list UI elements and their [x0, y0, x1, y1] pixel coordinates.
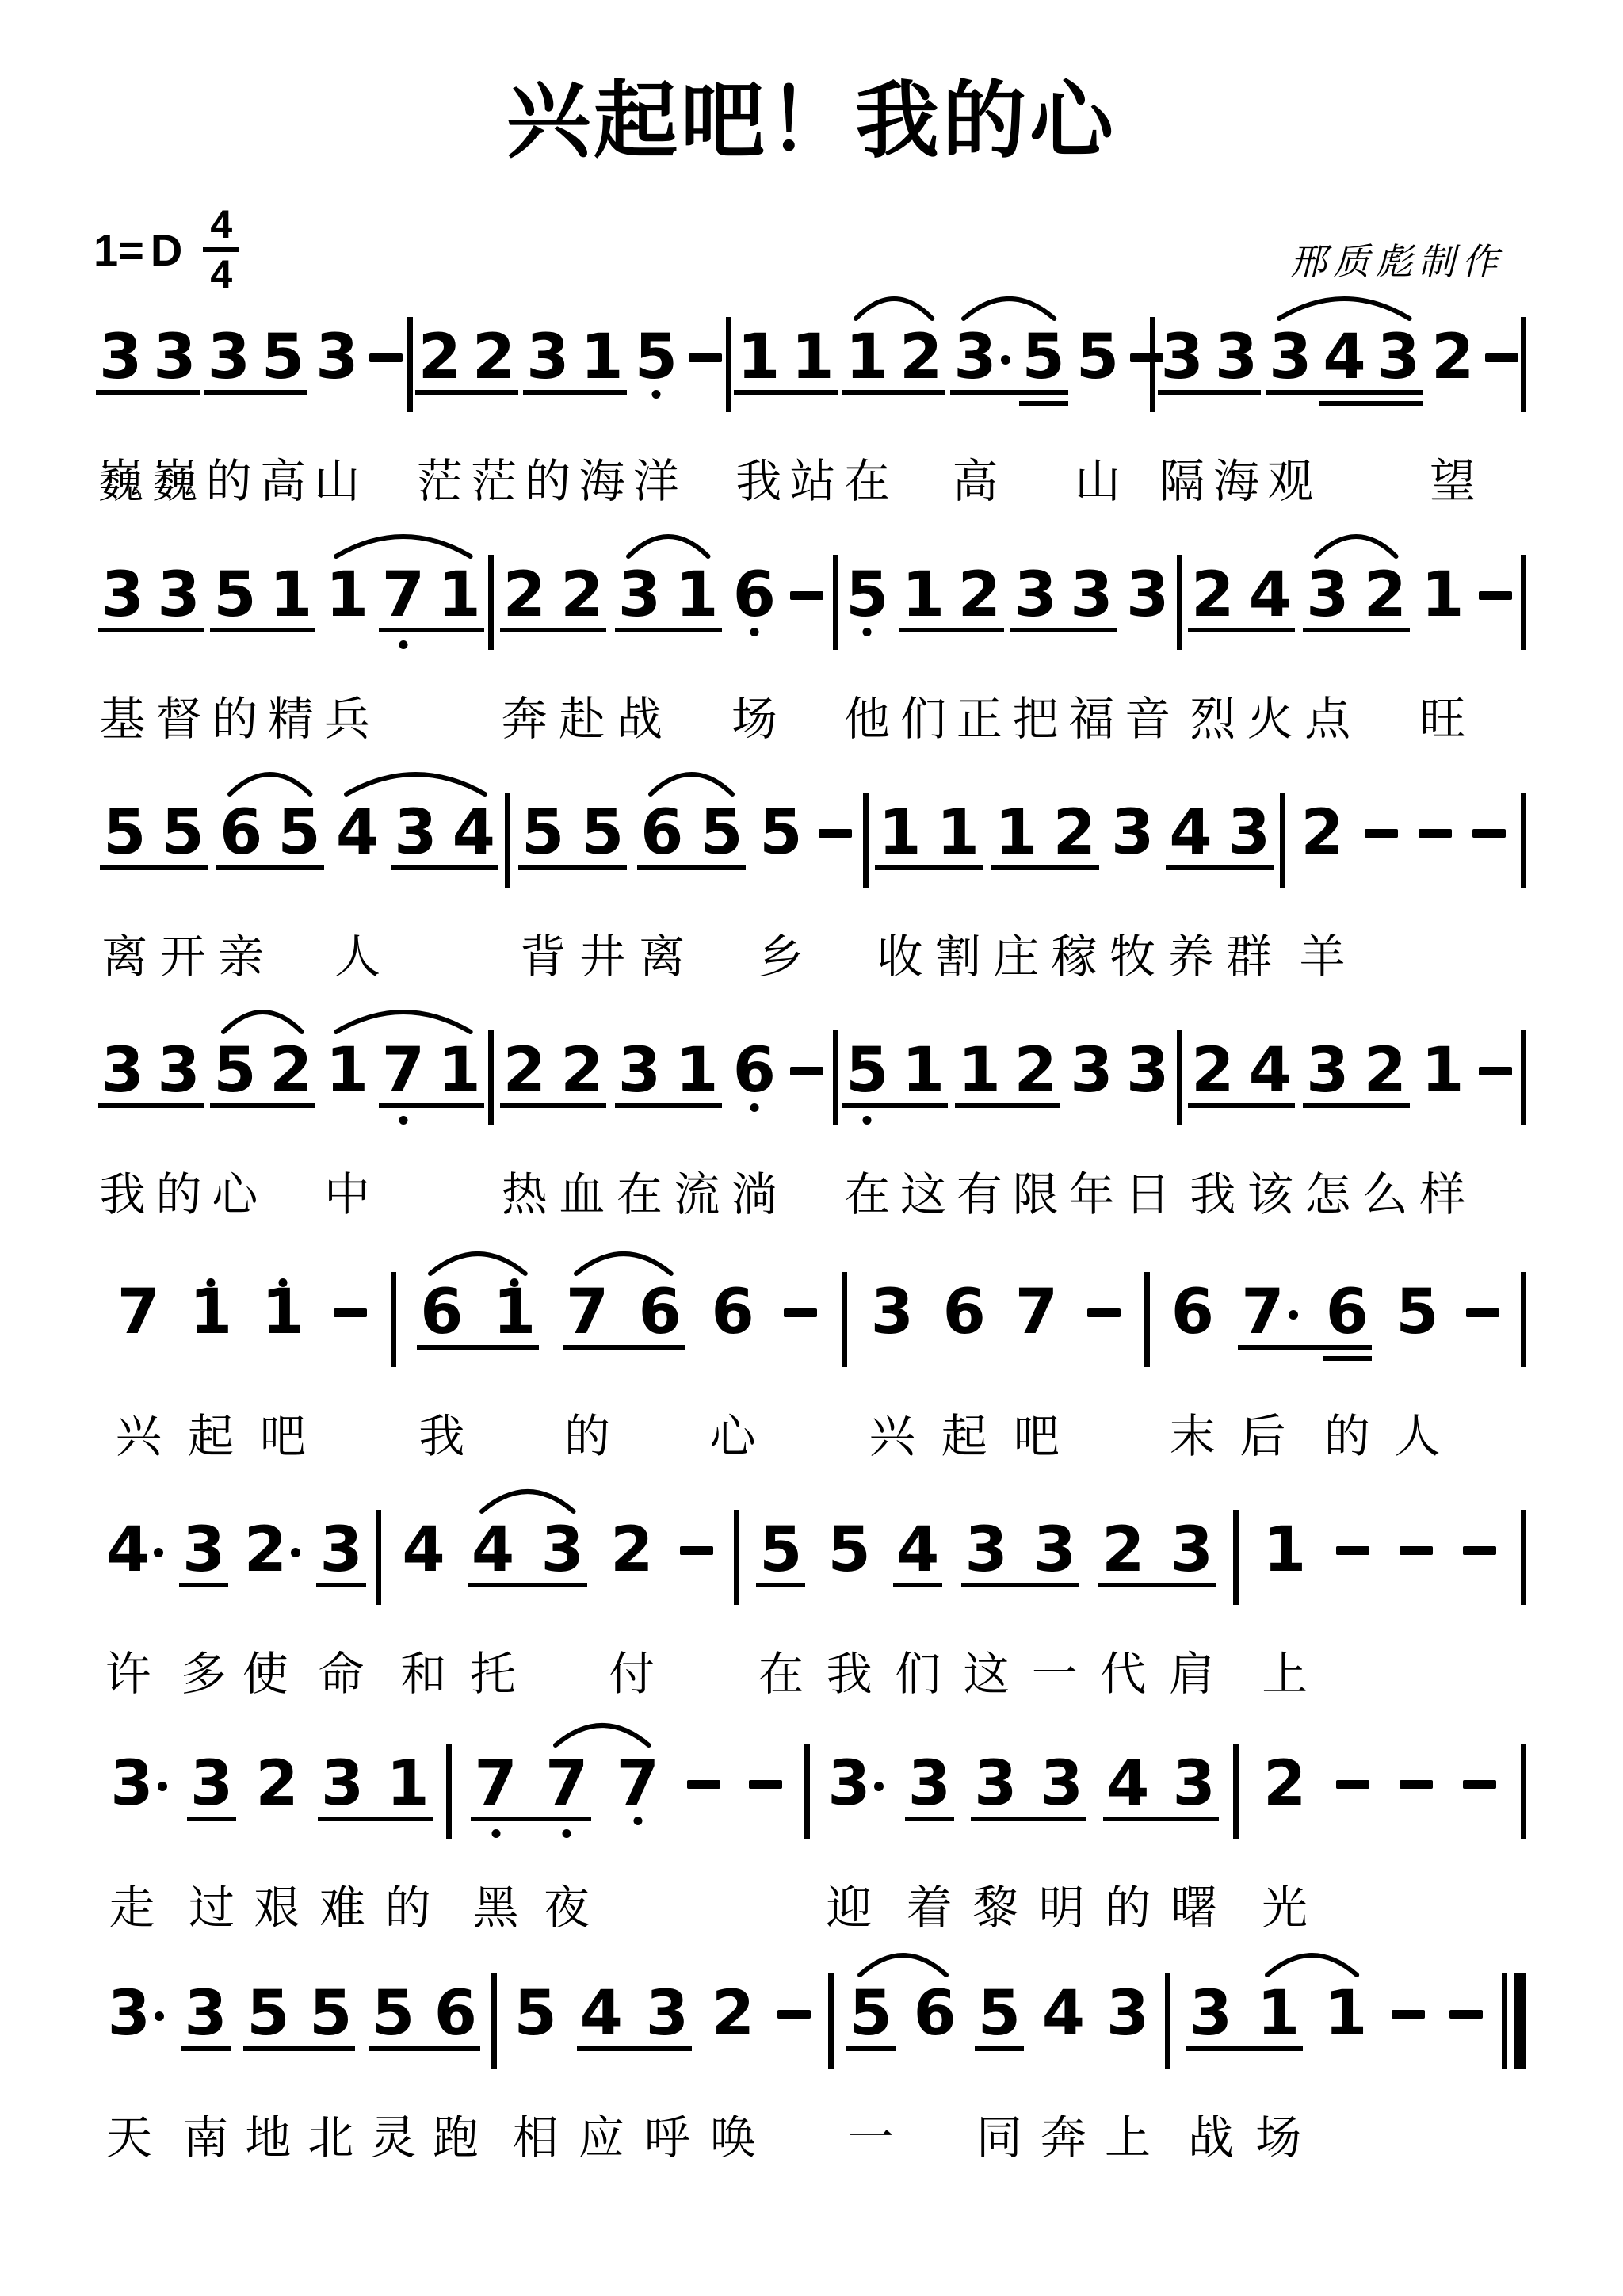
held-beat-dash [1457, 1516, 1502, 1584]
note-digit: 3 [1228, 799, 1270, 867]
lyric-syllable: 精 [268, 682, 314, 748]
measure: 5432 [497, 1980, 828, 2048]
lyric-syllable: 肩 [1169, 1637, 1215, 1703]
note-digit: 2 [418, 323, 461, 392]
note: 2 [953, 561, 1006, 629]
held-beat-dash [1413, 799, 1457, 867]
music-line: 711617663676765兴起吧我的心兴起吧末后的人 [0, 1266, 1623, 1503]
lyric-syllable: 高 [952, 444, 998, 510]
note-digit: 1 [1257, 1980, 1300, 2048]
note: 3 [1028, 1516, 1082, 1584]
note: 1 [433, 561, 487, 629]
held-beat-dash [743, 1750, 788, 1818]
lyric-syllable: 隔 [1159, 444, 1205, 510]
note: 5 [156, 799, 210, 867]
lyric-syllable: 我 [100, 1157, 146, 1224]
lyric-syllable: 着 [907, 1870, 953, 1937]
held-beat-dash [1394, 1750, 1438, 1818]
lyric-syllable: 正 [957, 682, 1002, 748]
note: 7 [560, 1278, 614, 1347]
time-signature-top: 4 [210, 204, 232, 245]
note: 6 [414, 1278, 468, 1347]
held-beat-dash [813, 799, 857, 867]
note: 5 [629, 323, 683, 392]
note-digit: 7 [566, 1278, 609, 1347]
note: 6 [705, 1278, 759, 1347]
barline [1521, 1510, 1526, 1605]
note-digit: 3 [157, 1037, 200, 1105]
note-digit: 2 [255, 1750, 298, 1818]
beam-underline [417, 1345, 539, 1350]
lyric-syllable: 代 [1100, 1637, 1146, 1703]
note-digit: 1 [493, 1278, 536, 1347]
slur-arc-path [220, 1000, 305, 1035]
note-digit: 1 [326, 1037, 369, 1105]
measure: 1 [1239, 1516, 1521, 1584]
slur-arc [1313, 525, 1400, 560]
barline [828, 1973, 834, 2069]
note-digit: 7 [1241, 1278, 1284, 1347]
lyric-syllable: 们 [895, 1637, 941, 1703]
note: 4 [1101, 1750, 1155, 1818]
note-digit: 3 [110, 1750, 153, 1818]
barline [833, 1030, 838, 1125]
note: 7 [1235, 1278, 1304, 1347]
note: 1 [264, 561, 318, 629]
notation-row: 711617663676765 [94, 1278, 1526, 1347]
notation-row: 55654345565511123432 [94, 799, 1526, 867]
barline [1521, 1744, 1526, 1839]
held-beat-dash [674, 1516, 719, 1584]
note: 2 [467, 323, 521, 392]
note-digit: 7 [382, 561, 425, 629]
octave-dot-above [206, 1278, 215, 1287]
lyric-syllable: 在 [844, 444, 890, 510]
note-digit: 1 [326, 561, 369, 629]
music-line: 33521712231651123324321我的心中热血在流淌在这有限年日我该… [0, 1024, 1623, 1262]
note: 2 [413, 323, 467, 392]
note-digit: 2 [712, 1980, 754, 2048]
held-beat-dash [1461, 1278, 1505, 1347]
note: 5 [256, 323, 310, 392]
lyric-syllable: 开 [160, 919, 206, 986]
note: 1 [575, 323, 628, 392]
note-digit: 4 [896, 1516, 939, 1584]
lyric-syllable: 福 [1068, 682, 1114, 748]
note-digit: 1 [1421, 1037, 1464, 1105]
barline [804, 1744, 810, 1839]
note-digit: 6 [434, 1980, 477, 2048]
beam-underline [1303, 628, 1410, 632]
slur-arc [427, 1242, 529, 1277]
note: 3 [1165, 1516, 1219, 1584]
lyric-syllable: 该 [1247, 1157, 1293, 1224]
octave-dot-above [510, 1278, 519, 1287]
note: 7 [112, 1278, 166, 1347]
note: 3 [1372, 323, 1426, 392]
lyric-syllable: 光 [1262, 1870, 1308, 1937]
note: 3 [178, 1980, 232, 2048]
slur-arc-path [573, 1242, 674, 1277]
slur-arc [220, 1000, 305, 1035]
beam-underline [181, 2046, 230, 2051]
note: 3 [202, 323, 256, 392]
lyric-syllable: 的 [212, 682, 258, 748]
beam-underline [991, 865, 1099, 870]
note-digit: 5 [277, 799, 320, 867]
lyric-syllable: 明 [1039, 1870, 1085, 1937]
note: 7 [376, 561, 430, 629]
note: 2 [498, 1037, 552, 1105]
note: 2 [498, 561, 552, 629]
note-digit: 2 [560, 1037, 603, 1105]
slur-arc-path [479, 1480, 577, 1515]
beam-underline [842, 1103, 948, 1108]
note-digit: 4 [1249, 1037, 1292, 1105]
beam-underline [468, 1583, 587, 1587]
lyric-syllable: 同 [976, 2100, 1022, 2167]
note: 6 [727, 561, 781, 629]
lyric-syllable: 兴 [869, 1399, 915, 1465]
dash-glyph [784, 1308, 817, 1317]
note: 3 [1184, 1980, 1238, 2048]
lyric-syllable: 们 [900, 682, 946, 748]
dash-glyph [790, 591, 823, 600]
beam-underline [1266, 390, 1423, 395]
note: 3 [613, 561, 666, 629]
note: 3 [1263, 323, 1317, 392]
note: 5 [1071, 323, 1125, 392]
lyric-syllable: 收 [876, 919, 922, 986]
lyric-syllable: 养 [1168, 919, 1214, 986]
barline [1280, 793, 1285, 888]
note: 5 [304, 1980, 357, 2048]
lyric-syllable: 这 [963, 1637, 1009, 1703]
lyric-syllable: 督 [156, 682, 202, 748]
note-digit: 1 [675, 1037, 718, 1105]
lyric-syllable: 跑 [433, 2100, 479, 2167]
lyric-syllable: 走 [109, 1870, 155, 1937]
time-signature: 4 4 [203, 204, 239, 295]
lyric-syllable: 群 [1226, 919, 1272, 986]
note: 3 [177, 1516, 231, 1584]
beam-underline [1186, 2046, 1303, 2051]
lyric-syllable: 有 [957, 1157, 1002, 1224]
lyric-syllable: 在 [758, 1637, 804, 1703]
lyric-syllable: 地 [245, 2100, 291, 2167]
lyric-syllable: 怎 [1304, 1157, 1350, 1224]
key-tonic: D [151, 224, 182, 276]
credit-text: 邢质彪制作 [1290, 233, 1504, 285]
octave-dot-below [863, 1116, 872, 1125]
note: 5 [509, 1980, 563, 2048]
note-digit: 3 [1070, 561, 1113, 629]
lyric-syllable: 夜 [544, 1870, 590, 1937]
note-digit: 3 [99, 323, 142, 392]
lyric-syllable: 心 [710, 1399, 756, 1465]
lyric-syllable: 奔 [502, 682, 548, 748]
note-digit: 1 [878, 799, 921, 867]
note-digit: 4 [106, 1516, 149, 1584]
note: 2 [1258, 1750, 1312, 1818]
note-digit: 4 [1169, 799, 1212, 867]
beam-underline-2 [1319, 401, 1423, 406]
sheet-page: { "title": "兴起吧！我的心", "key": { "prefix":… [0, 0, 1623, 2296]
note: 3 [147, 323, 201, 392]
note-digit: 3 [908, 1750, 951, 1818]
note-digit: 5 [1396, 1278, 1438, 1347]
note-digit: 6 [639, 1278, 682, 1347]
beam-underline [1188, 628, 1295, 632]
beam-underline [961, 1583, 1079, 1587]
lyric-syllable: 热 [502, 1157, 548, 1224]
note: 5 [1390, 1278, 1444, 1347]
note-digit: 1 [189, 1278, 232, 1347]
note: 5 [972, 1980, 1026, 2048]
music-line: 33353223151112355333432巍巍的高山茫茫的海洋我站在高山隔海… [0, 311, 1623, 548]
note-digit: 3 [1173, 1750, 1216, 1818]
held-beat-dash [1480, 323, 1524, 392]
lyric-syllable: 的 [206, 444, 252, 510]
dash-glyph [749, 1780, 782, 1789]
note-digit: 4 [1042, 1980, 1085, 2048]
note-digit: 2 [1014, 1037, 1056, 1105]
note-digit: 3 [184, 1980, 227, 2048]
dash-glyph [689, 353, 722, 362]
augmentation-dot [154, 1750, 168, 1818]
measure: 711 [94, 1278, 391, 1347]
final-barline-thick [1514, 1973, 1526, 2069]
lyric-syllable: 牧 [1109, 919, 1155, 986]
dash-glyph [1479, 1067, 1512, 1075]
note: 3 [1008, 561, 1062, 629]
beam-underline [471, 1817, 591, 1821]
beam-underline [1010, 628, 1116, 632]
octave-dot-below [491, 1829, 500, 1838]
lyric-syllable: 黑 [472, 1870, 518, 1937]
measure: 1112355 [731, 323, 1149, 392]
note-digit: 1 [1263, 1516, 1306, 1584]
note: 1 [931, 799, 985, 867]
lyric-syllable: 这 [900, 1157, 946, 1224]
note: 7 [1010, 1278, 1064, 1347]
note: 1 [873, 799, 926, 867]
note-digit: 3 [964, 1516, 1007, 1584]
note-digit: 1 [262, 1278, 304, 1347]
slur-arc [333, 525, 474, 560]
lyric-syllable: 付 [609, 1637, 655, 1703]
lyric-syllable: 唤 [710, 2100, 756, 2167]
lyric-syllable: 音 [1125, 682, 1170, 748]
note: 3 [613, 1037, 666, 1105]
note: 3 [1064, 561, 1118, 629]
note-digit: 5 [213, 561, 256, 629]
held-beat-dash [1082, 1278, 1126, 1347]
beam-underline [179, 1583, 228, 1587]
measure: 22316 [494, 1037, 832, 1105]
note: 5 [208, 561, 262, 629]
barline [505, 793, 510, 888]
lyric-syllable: 北 [307, 2100, 353, 2167]
note: 1 [670, 561, 724, 629]
note-digit: 3 [1306, 1037, 1349, 1105]
dash-glyph [1463, 1546, 1496, 1555]
lyric-syllable: 艰 [254, 1870, 300, 1937]
lyric-syllable: 在 [617, 1157, 663, 1224]
dash-glyph [1449, 2010, 1483, 2019]
dash-glyph [1087, 1308, 1121, 1317]
lyric-syllable: 海 [1213, 444, 1259, 510]
measure: 24321 [1182, 561, 1521, 629]
note: 4 [447, 799, 501, 867]
note-digit: 3 [1033, 1516, 1076, 1584]
note-digit: 3 [1126, 1037, 1169, 1105]
lyric-syllable: 人 [334, 919, 380, 986]
lyric-syllable: 基 [100, 682, 146, 748]
dash-glyph [790, 1067, 823, 1075]
note: 6 [214, 799, 268, 867]
note-digit: 2 [1364, 561, 1407, 629]
note-digit: 3 [1377, 323, 1420, 392]
music-line: 55654345565511123432离开亲人背井离乡收割庄稼牧养群羊 [0, 786, 1623, 1024]
note-digit: 5 [514, 1980, 557, 2048]
note-digit: 6 [733, 561, 776, 629]
time-signature-bottom: 4 [210, 254, 232, 295]
beam-underline [893, 1583, 942, 1587]
beam-underline [518, 865, 627, 870]
measure: 3351171 [94, 561, 488, 629]
note-digit: 3 [182, 1516, 225, 1584]
note: 1 [184, 1278, 238, 1347]
slur-arc-path [857, 1943, 949, 1978]
note-digit: 2 [1431, 323, 1474, 392]
note-digit: 1 [995, 799, 1037, 867]
note: 2 [239, 1516, 307, 1584]
note-digit: 6 [220, 799, 262, 867]
slur-arc [1276, 287, 1413, 322]
note-digit: 5 [828, 1516, 871, 1584]
lyric-syllable: 和 [400, 1637, 446, 1703]
beam-underline-2 [1019, 401, 1068, 406]
held-beat-dash [683, 323, 727, 392]
lyric-syllable: 许 [105, 1637, 151, 1703]
note-digit: 2 [1263, 1750, 1306, 1818]
beam-underline-2 [1323, 1356, 1372, 1361]
note: 3 [94, 323, 147, 392]
held-beat-dash [1457, 1750, 1502, 1818]
note: 4 [1243, 1037, 1297, 1105]
lyric-syllable: 巍 [151, 444, 197, 510]
key-prefix: 1= [94, 224, 144, 276]
note-digit: 6 [640, 799, 683, 867]
lyric-syllable: 望 [1430, 444, 1476, 510]
lyric-syllable: 后 [1239, 1399, 1285, 1465]
note-digit: 2 [899, 323, 942, 392]
beam-underline [210, 628, 315, 632]
note-digit: 7 [545, 1750, 588, 1818]
lyric-syllable: 末 [1170, 1399, 1216, 1465]
note-digit: 4 [336, 799, 379, 867]
note-digit: 3 [157, 561, 200, 629]
lyric-syllable: 使 [242, 1637, 288, 1703]
slur-arc-path [343, 762, 488, 797]
measure: 4323 [94, 1516, 376, 1584]
beam-underline [875, 865, 983, 870]
dash-glyph [1336, 1780, 1369, 1789]
barline [1521, 1030, 1526, 1125]
held-beat-dash [778, 1278, 823, 1347]
held-beat-dash [682, 1750, 726, 1818]
augmentation-dot [997, 323, 1011, 392]
note: 1 [320, 1037, 374, 1105]
note-digit: 3 [646, 1980, 689, 2048]
note-digit: 5 [759, 1516, 802, 1584]
note: 3 [1300, 1037, 1354, 1105]
note: 3 [948, 323, 1016, 392]
note: 1 [320, 561, 374, 629]
note-digit: 3 [827, 1750, 870, 1818]
slur-arc [1264, 1943, 1360, 1978]
measure: 61766 [396, 1278, 842, 1347]
note: 7 [376, 1037, 430, 1105]
note: 3 [903, 1750, 957, 1818]
lyric-syllable: 上 [1105, 2100, 1151, 2167]
lyric-syllable: 吧 [260, 1399, 306, 1465]
slur-arc-path [333, 525, 474, 560]
note: 6 [429, 1980, 483, 2048]
lyric-syllable: 日 [1125, 1157, 1170, 1224]
note: 6 [1166, 1278, 1220, 1347]
dash-glyph [1400, 1546, 1433, 1555]
barline [1165, 1973, 1170, 2069]
note: 5 [840, 1037, 894, 1105]
slur-arc-path [1264, 1943, 1360, 1978]
measure: 2 [1285, 799, 1521, 867]
note-digit: 3 [1170, 1516, 1213, 1584]
measure: 2 [1239, 1750, 1521, 1818]
note: 3 [1064, 1037, 1118, 1105]
note-digit: 5 [1022, 323, 1065, 392]
barline [833, 555, 838, 650]
note-digit: 3 [1269, 323, 1312, 392]
barline [446, 1744, 452, 1839]
note: 1 [256, 1278, 310, 1347]
barline [1144, 1272, 1150, 1367]
note: 5 [208, 1037, 262, 1105]
beam-underline [1188, 1103, 1295, 1108]
beam-underline [950, 390, 1068, 395]
slur-arc [552, 1713, 652, 1748]
lyric-syllable: 背 [520, 919, 566, 986]
note-digit: 4 [580, 1980, 623, 2048]
note: 3 [959, 1516, 1013, 1584]
note-digit: 3 [1111, 799, 1154, 867]
note-digit: 3 [1190, 1980, 1232, 2048]
octave-dot-below [399, 640, 407, 649]
lyric-syllable: 的 [525, 444, 571, 510]
beam-underline [1166, 865, 1274, 870]
note: 3 [105, 1750, 173, 1818]
note-digit: 2 [1191, 561, 1234, 629]
lyric-syllable: 烈 [1190, 682, 1235, 748]
lyric-syllable: 山 [1075, 444, 1121, 510]
note-digit: 3 [101, 561, 144, 629]
lyric-syllable: 相 [513, 2100, 559, 2167]
beam-underline [1103, 1817, 1219, 1821]
note: 4 [575, 1980, 628, 2048]
barline [488, 555, 494, 650]
lyric-syllable: 的 [1324, 1399, 1370, 1465]
